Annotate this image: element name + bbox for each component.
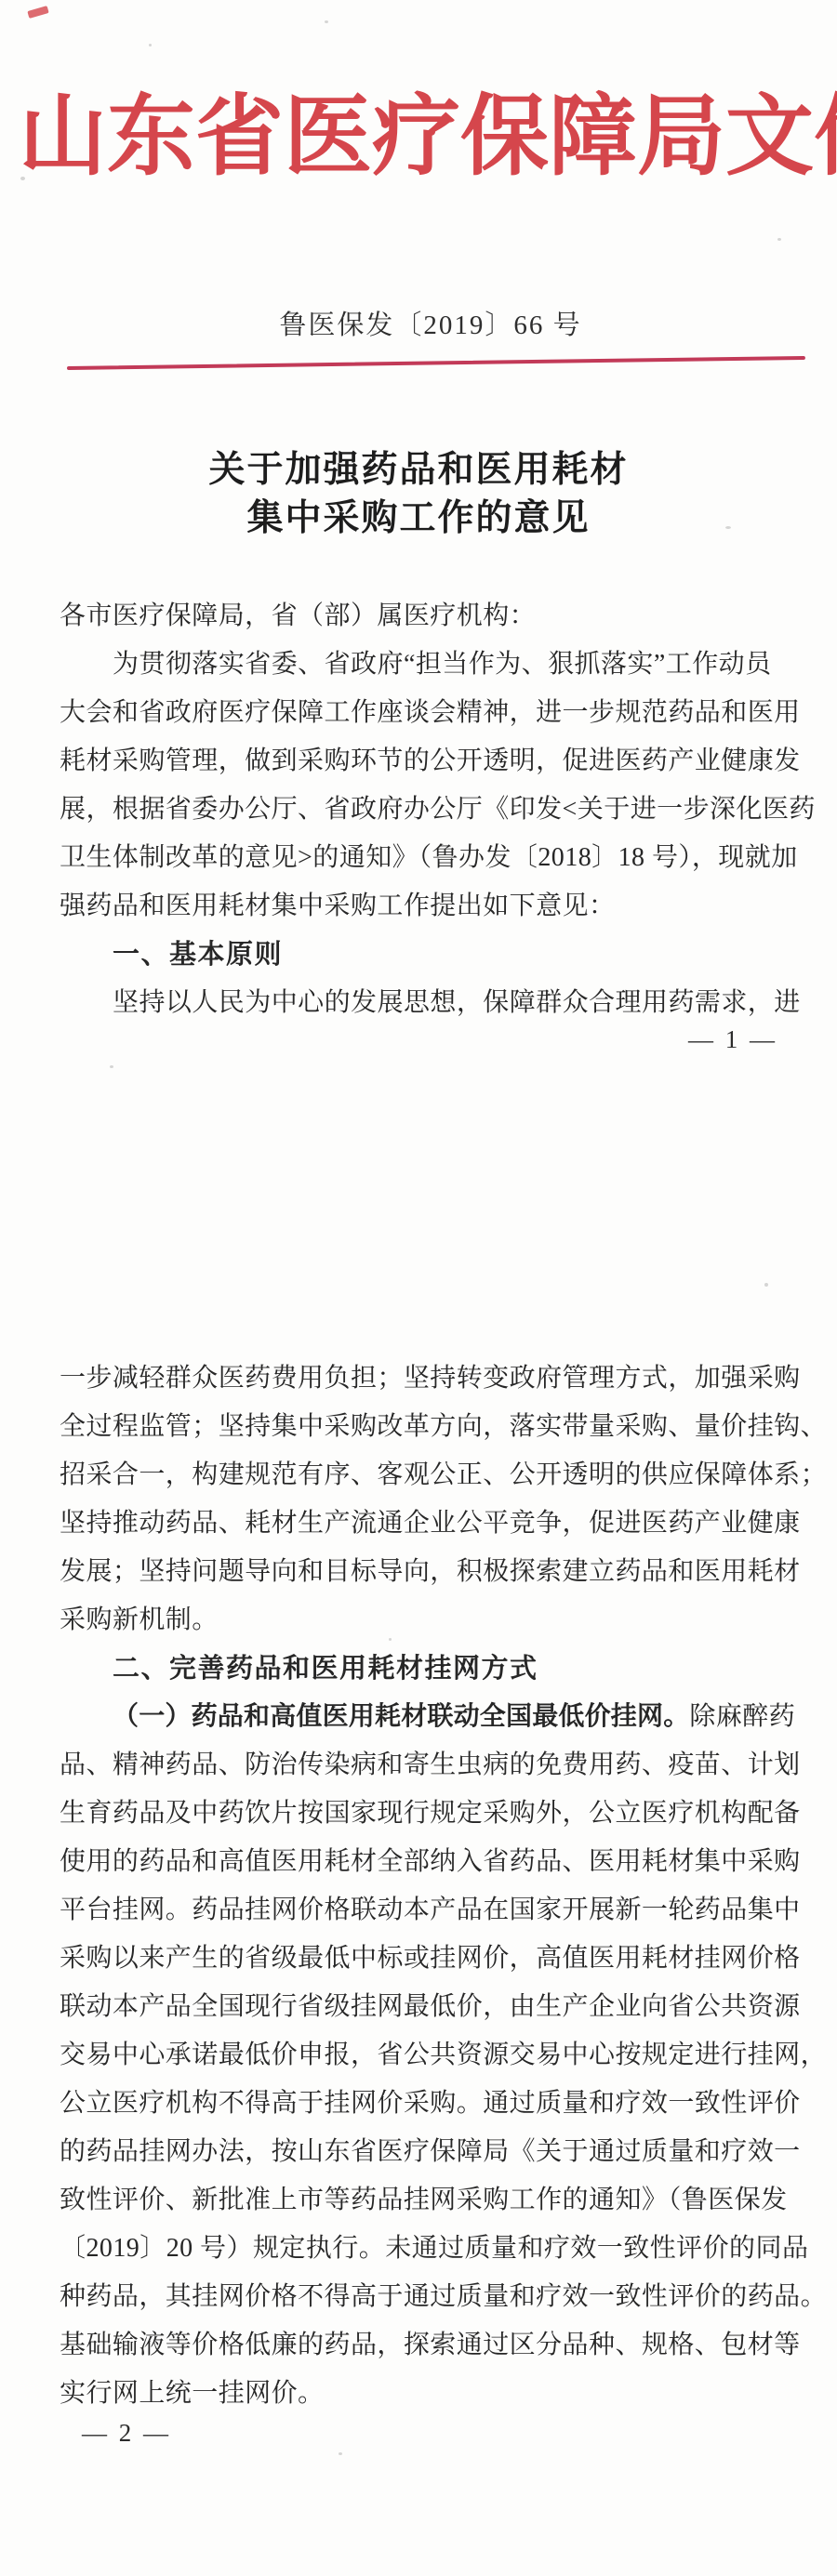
scan-red-corner-mark bbox=[27, 6, 48, 19]
body-line: 坚持以人民为中心的发展思想，保障群众合理用药需求，进 bbox=[60, 979, 804, 1027]
agency-masthead: 山东省医疗保障局文件 bbox=[0, 76, 837, 197]
item-1-bold-lead: （一）药品和高值医用耗材联动全国最低价挂网。 bbox=[113, 1702, 689, 1731]
scan-speckle bbox=[764, 1283, 768, 1287]
document-number: 鲁医保发〔2019〕66 号 bbox=[0, 309, 837, 342]
body-line: 生育药品及中药饮片按国家现行规定采购外，公立医疗机构配备 bbox=[60, 1790, 804, 1838]
body-line: 基础输液等价格低廉的药品，探索通过区分品种、规格、包材等 bbox=[60, 2321, 804, 2370]
body-line: 〔2019〕20 号）规定执行。未通过质量和疗效一致性评价的同品 bbox=[60, 2225, 804, 2273]
body-line: 卫生体制改革的意见>的通知》（鲁办发〔2018〕18 号），现就加 bbox=[60, 834, 804, 882]
salutation-line: 各市医疗保障局，省（部）属医疗机构： bbox=[60, 592, 804, 641]
body-line: 坚持推动药品、耗材生产流通企业公平竞争，促进医药产业健康 bbox=[60, 1499, 804, 1548]
scan-speckle bbox=[325, 20, 328, 23]
section-heading-2: 二、完善药品和医用耗材挂网方式 bbox=[60, 1645, 804, 1693]
body-line: 致性评价、新批准上市等药品挂网采购工作的通知》（鲁医保发 bbox=[60, 2176, 804, 2225]
body-line: 的药品挂网办法，按山东省医疗保障局《关于通过质量和疗效一 bbox=[60, 2128, 804, 2176]
body-line: （一）药品和高值医用耗材联动全国最低价挂网。除麻醉药 bbox=[60, 1693, 804, 1741]
body-line: 大会和省政府医疗保障工作座谈会精神，进一步规范药品和医用 bbox=[60, 689, 804, 737]
body-line: 使用的药品和高值医用耗材全部纳入省药品、医用耗材集中采购 bbox=[60, 1838, 804, 1886]
body-line: 采购以来产生的省级最低中标或挂网价，高值医用耗材挂网价格 bbox=[60, 1935, 804, 1983]
body-line: 耗材采购管理，做到采购环节的公开透明，促进医药产业健康发 bbox=[60, 737, 804, 786]
section-heading-1: 一、基本原则 bbox=[60, 931, 804, 979]
body-line: 种药品，其挂网价格不得高于通过质量和疗效一致性评价的药品。 bbox=[60, 2273, 804, 2321]
page-number-1: — 1 — bbox=[688, 1025, 777, 1053]
body-line: 发展；坚持问题导向和目标导向，积极探索建立药品和医用耗材 bbox=[60, 1548, 804, 1596]
scan-speckle bbox=[149, 44, 152, 46]
body-line: 实行网上统一挂网价。 bbox=[60, 2370, 804, 2418]
scan-speckle bbox=[110, 1065, 113, 1068]
body-line: 采购新机制。 bbox=[60, 1596, 804, 1645]
item-1-tail: 除麻醉药 bbox=[689, 1702, 795, 1731]
body-line: 招采合一，构建规范有序、客观公正、公开透明的供应保障体系； bbox=[60, 1451, 804, 1499]
document-title-line2: 集中采购工作的意见 bbox=[0, 495, 837, 543]
body-line: 平台挂网。药品挂网价格联动本产品在国家开展新一轮药品集中 bbox=[60, 1886, 804, 1935]
masthead-divider-rule bbox=[67, 356, 805, 370]
page2-body: 一步减轻群众医药费用负担；坚持转变政府管理方式，加强采购 全过程监管；坚持集中采… bbox=[60, 1354, 804, 2418]
body-line: 全过程监管；坚持集中采购改革方向，落实带量采购、量价挂钩、 bbox=[60, 1403, 804, 1451]
body-line: 公立医疗机构不得高于挂网价采购。通过质量和疗效一致性评价 bbox=[60, 2080, 804, 2128]
page1-body: 各市医疗保障局，省（部）属医疗机构： 为贯彻落实省委、省政府“担当作为、狠抓落实… bbox=[60, 592, 804, 1027]
body-line: 一步减轻群众医药费用负担；坚持转变政府管理方式，加强采购 bbox=[60, 1354, 804, 1403]
body-line: 品、精神药品、防治传染病和寄生虫病的免费用药、疫苗、计划 bbox=[60, 1741, 804, 1790]
body-line: 交易中心承诺最低价申报，省公共资源交易中心按规定进行挂网， bbox=[60, 2031, 804, 2080]
scan-speckle bbox=[339, 2452, 342, 2455]
document-title: 关于加强药品和医用耗材 集中采购工作的意见 bbox=[0, 446, 837, 543]
scan-speckle bbox=[777, 238, 781, 241]
body-line: 联动本产品全国现行省级挂网最低价，由生产企业向省公共资源 bbox=[60, 1983, 804, 2031]
page-number-2: — 2 — bbox=[82, 2419, 171, 2447]
body-line: 强药品和医用耗材集中采购工作提出如下意见： bbox=[60, 882, 804, 931]
document-title-line1: 关于加强药品和医用耗材 bbox=[0, 446, 837, 495]
scanned-document-page: 山东省医疗保障局文件 鲁医保发〔2019〕66 号 关于加强药品和医用耗材 集中… bbox=[0, 0, 837, 2576]
body-line: 展，根据省委办公厅、省政府办公厅《印发<关于进一步深化医药 bbox=[60, 786, 804, 834]
body-line: 为贯彻落实省委、省政府“担当作为、狠抓落实”工作动员 bbox=[60, 641, 804, 689]
